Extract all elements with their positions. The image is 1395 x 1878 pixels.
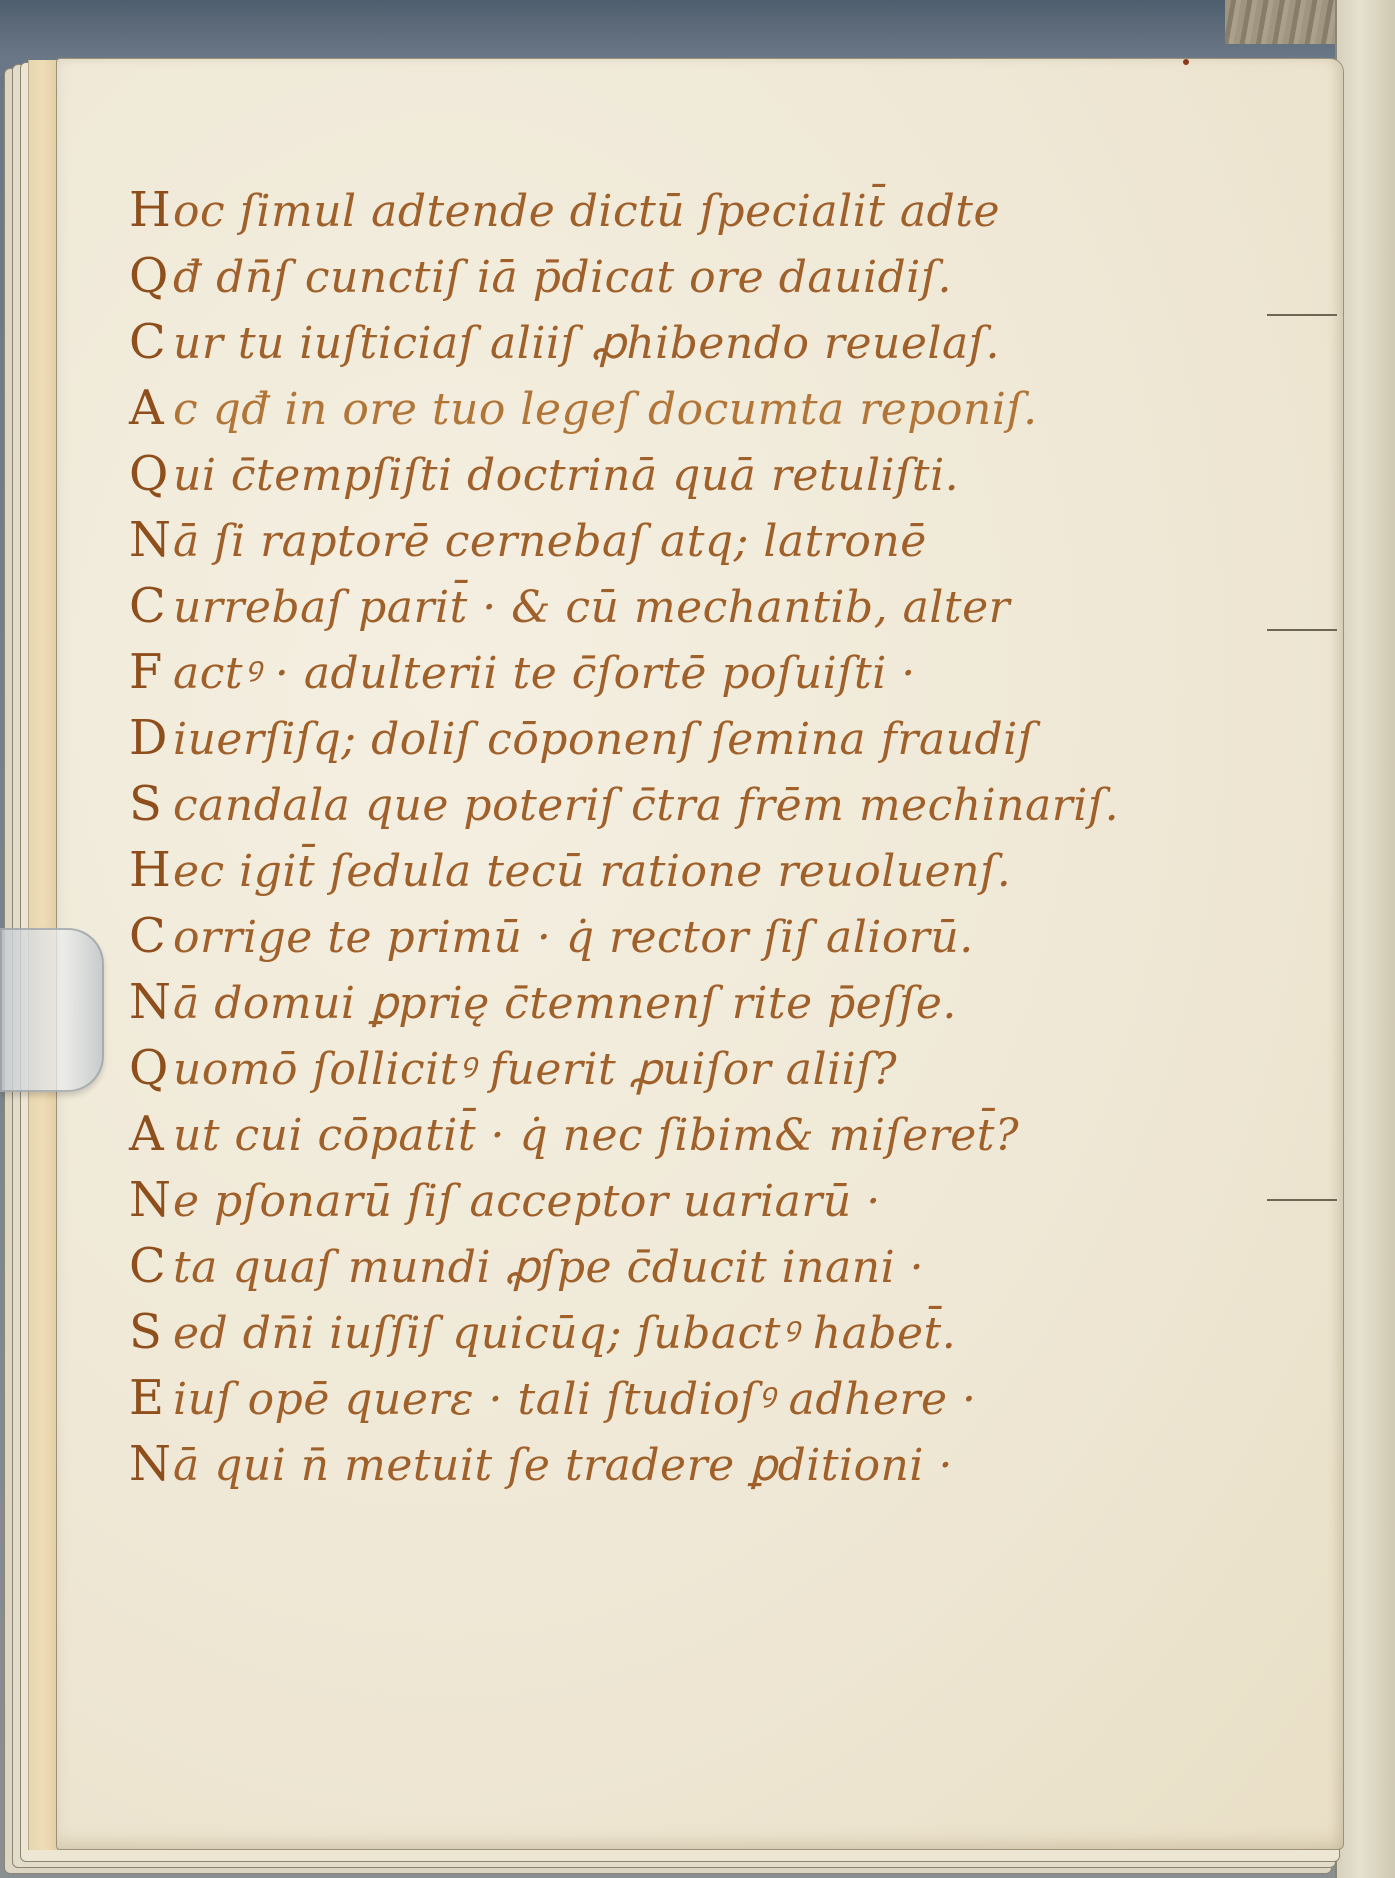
verse-text-block: Hoc ſimul adtende dictū ſpecialit̄ adte … [129,177,1109,1497]
verse-line-14: Quomō ſollicitꝰ fuerit ꝓuiſor aliiſ? [129,1035,1109,1101]
line-initial: C [129,309,173,375]
line-initial: C [129,1233,173,1299]
verse-line-13: Nā domui ꝑprię c̄temnenſ rite p̄eſſe. [129,969,1109,1035]
line-initial: F [129,639,173,705]
facing-page-edge [1335,0,1395,1878]
line-initial: D [129,705,173,771]
verse-line-4: Ac qđ in ore tuo legeſ documta reponiſ. [129,375,1109,441]
line-initial: C [129,573,173,639]
verse-line-5: Qui c̄tempſiſti doctrinā quā retuliſti. [129,441,1109,507]
line-initial: Q [129,441,173,507]
line-initial: A [129,1101,173,1167]
ink-spot [1183,59,1189,65]
line-initial: H [129,837,173,903]
verse-line-20: Nā qui n̄ metuit ſe tradere ꝑditioni · [129,1431,1109,1497]
line-initial: N [129,1167,173,1233]
line-text: e pſonarū ſiſ acceptor uariarū · [173,1176,881,1227]
line-initial: N [129,1431,173,1497]
verse-line-17: Cta quaſ mundi ꝓſpe c̄ducit inani · [129,1233,1109,1299]
plastic-page-clip [0,928,104,1092]
line-text: oc ſimul adtende dictū ſpecialit̄ adte [173,186,1000,237]
verse-line-12: Corrige te primū · q̇ rector ſiſ aliorū. [129,903,1109,969]
page-nick [1267,314,1337,316]
line-text: iuſ opē querε · tali ſtudioſꝰ adhere · [173,1374,977,1425]
book-page-stack: Hoc ſimul adtende dictū ſpecialit̄ adte … [4,58,1344,1874]
verse-line-3: Cur tu iuſticiaſ aliiſ ꝓhibendo reuelaſ. [129,309,1109,375]
line-initial: C [129,903,173,969]
verse-line-10: Scandala que poteriſ c̄tra frēm mechinar… [129,771,1109,837]
line-initial: N [129,969,173,1035]
line-initial: N [129,507,173,573]
manuscript-page: Hoc ſimul adtende dictū ſpecialit̄ adte … [56,58,1344,1850]
verse-line-6: Nā ſi raptorē cernebaſ atq; latronē [129,507,1109,573]
verse-line-11: Hec igit̄ ſedula tecū ratione reuoluenſ. [129,837,1109,903]
line-text: candala que poteriſ c̄tra frēm mechinari… [173,780,1119,831]
line-text: iuerſiſq; doliſ cōponenſ ſemina fraudiſ [173,714,1035,765]
verse-line-7: Currebaſ parit̄ · & cū mechantib, alter [129,573,1109,639]
line-initial: H [129,177,173,243]
line-text: ec igit̄ ſedula tecū ratione reuoluenſ. [173,846,1011,897]
line-initial: E [129,1365,173,1431]
verse-line-18: Sed dn̄i iuſſiſ quicūq; ſubactꝰ habet̄. [129,1299,1109,1365]
verse-line-16: Ne pſonarū ſiſ acceptor uariarū · [129,1167,1109,1233]
verse-line-15: Aut cui cōpatit̄ · q̇ nec ſibim& miſeret… [129,1101,1109,1167]
verse-line-2: Qđ dn̄ſ cunctiſ iā p̄dicat ore dauidiſ. [129,243,1109,309]
page-nick [1267,1199,1337,1201]
line-text: ut cui cōpatit̄ · q̇ nec ſibim& miſeret̄… [173,1110,1019,1161]
line-text: ā ſi raptorē cernebaſ atq; latronē [173,516,927,567]
line-text: ur tu iuſticiaſ aliiſ ꝓhibendo reuelaſ. [173,318,1000,369]
verse-line-8: Factꝰ · adulterii te c̄ſortē poſuiſti · [129,639,1109,705]
line-initial: S [129,1299,173,1365]
line-initial: Q [129,243,173,309]
line-text: ā domui ꝑprię c̄temnenſ rite p̄eſſe. [173,978,957,1029]
line-initial: S [129,771,173,837]
line-text: urrebaſ parit̄ · & cū mechantib, alter [173,582,1010,633]
line-text: ta quaſ mundi ꝓſpe c̄ducit inani · [173,1242,924,1293]
line-initial: Q [129,1035,173,1101]
line-text: ā qui n̄ metuit ſe tradere ꝑditioni · [173,1440,953,1491]
verse-line-19: Eiuſ opē querε · tali ſtudioſꝰ adhere · [129,1365,1109,1431]
line-text: uomō ſollicitꝰ fuerit ꝓuiſor aliiſ? [173,1044,897,1095]
page-nick [1267,629,1337,631]
line-text: ed dn̄i iuſſiſ quicūq; ſubactꝰ habet̄. [173,1308,956,1359]
line-text: ui c̄tempſiſti doctrinā quā retuliſti. [173,450,959,501]
verse-line-1: Hoc ſimul adtende dictū ſpecialit̄ adte [129,177,1109,243]
line-text: c qđ in ore tuo legeſ documta reponiſ. [173,384,1038,435]
line-text: orrige te primū · q̇ rector ſiſ aliorū. [173,912,974,963]
verse-line-9: Diuerſiſq; doliſ cōponenſ ſemina fraudiſ [129,705,1109,771]
line-initial: A [129,375,173,441]
line-text: đ dn̄ſ cunctiſ iā p̄dicat ore dauidiſ. [173,252,952,303]
line-text: actꝰ · adulterii te c̄ſortē poſuiſti · [173,648,916,699]
